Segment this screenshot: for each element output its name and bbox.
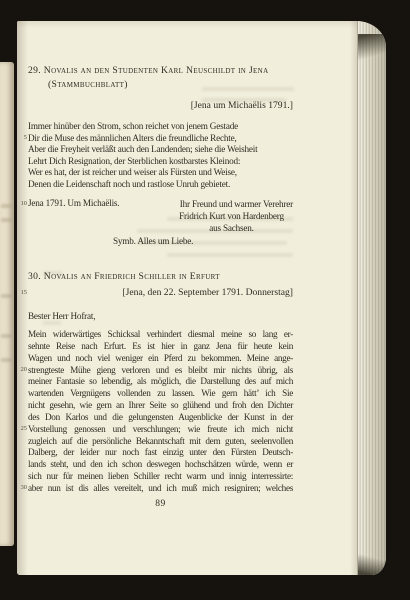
poem-line: Dir die Muse des männlichen Alters die f… [28,133,257,145]
margin-line-number: 15 [18,289,27,297]
page-stack-fore-edge [358,21,386,575]
margin-line-number: 5 [18,134,27,142]
body-line: Dalberg, der leider nur noch fast einzig… [28,447,293,459]
body-line: sich nur für meinen lieben Schiller rech… [28,471,293,483]
symbol-line: Symb. Alles um Liebe. [113,236,193,246]
facing-page-edge [0,62,14,546]
facing-page-text-remnant [1,334,12,338]
facing-page-text-remnant [1,294,12,298]
page-number: 89 [28,499,293,509]
signoff-line: Ihr Freund und warmer Verehrer [170,198,293,210]
body-line: sehnte Reise nach Erfurt. Es ist hier in… [28,341,293,353]
body-line: lands steht, und den ich schon deswegen … [28,459,293,471]
scanned-book-photo: 5 10 15 20 25 30 29. Novalis an den Stud… [0,0,410,600]
place-date-line: Jena 1791. Um Michaëlis. [28,198,119,208]
salutation: Bester Herr Hofrat, [28,311,95,321]
facing-page-text-remnant [1,358,12,362]
margin-line-number: 25 [18,425,27,433]
poem-line: Wer es hat, der ist reicher und weiser a… [28,167,257,179]
margin-line-number: 30 [18,484,27,492]
fore-edge-bottom-shadow [358,549,386,575]
letter-30-heading: 30. Novalis an Friedrich Schiller in Erf… [28,271,220,282]
signoff-line: Fridrich Kurt von Hardenberg [170,210,293,222]
ghost-text-line [167,253,293,257]
fore-edge-top-shadow [358,34,386,70]
margin-line-number: 20 [18,366,27,374]
body-line: Wagen und noch viel weniger ein Pferd zu… [28,353,293,365]
body-line: aber nun ist dis alles vereitelt, und ic… [28,483,293,495]
signoff-line: aus Sachsen. [170,222,293,234]
facing-page-text-remnant [1,204,12,208]
book-page-block: 5 10 15 20 25 30 29. Novalis an den Stud… [17,21,386,575]
poem-line: Denen die Leidenschaft noch und rastlose… [28,179,257,191]
body-line: Vorstellung genossen und verschlungen; w… [28,424,293,436]
ghost-text-line [202,87,294,91]
facing-page-text-remnant [1,218,12,222]
body-line: Mein widerwärtiges Schicksal verhindert … [28,329,293,341]
ghost-text-line [43,321,61,325]
body-line: meiner Fantasie so lebendig, als möglich… [28,376,293,388]
body-line: strengteste Mühe gieng verloren und es b… [28,365,293,377]
poem: Immer hinüber den Strom, schon reichet v… [28,121,257,191]
poem-line: Immer hinüber den Strom, schon reichet v… [28,121,257,133]
poem-line: Aber die Freyheit verläßt auch den Lande… [28,144,257,156]
letter-29-dateline: [Jena um Michaëlis 1791.] [28,100,293,111]
body-line: nicht gesehn, wie gern an Ihrer Seite so… [28,400,293,412]
margin-line-number: 10 [18,200,27,208]
poem-line: Lehrt Dich Resignation, der Sterblichen … [28,156,257,168]
letter-30-dateline: [Jena, den 22. September 1791. Donnersta… [28,287,293,298]
letter-29-heading-sub: (Stammbuchblatt) [48,79,128,90]
body-line: zugleich auf die persönliche Bekanntscha… [28,436,293,448]
body-line: wartenden Vergnügens vollenden zu lassen… [28,388,293,400]
signoff-block: Ihr Freund und warmer Verehrer Fridrich … [170,198,293,235]
letter-29-heading: 29. Novalis an den Studenten Karl Neusch… [28,65,268,76]
letter-body: Mein widerwärtiges Schicksal verhindert … [28,329,293,495]
body-line: des Don Karlos und die gelungensten Auge… [28,412,293,424]
page-surface: 5 10 15 20 25 30 29. Novalis an den Stud… [17,21,358,575]
